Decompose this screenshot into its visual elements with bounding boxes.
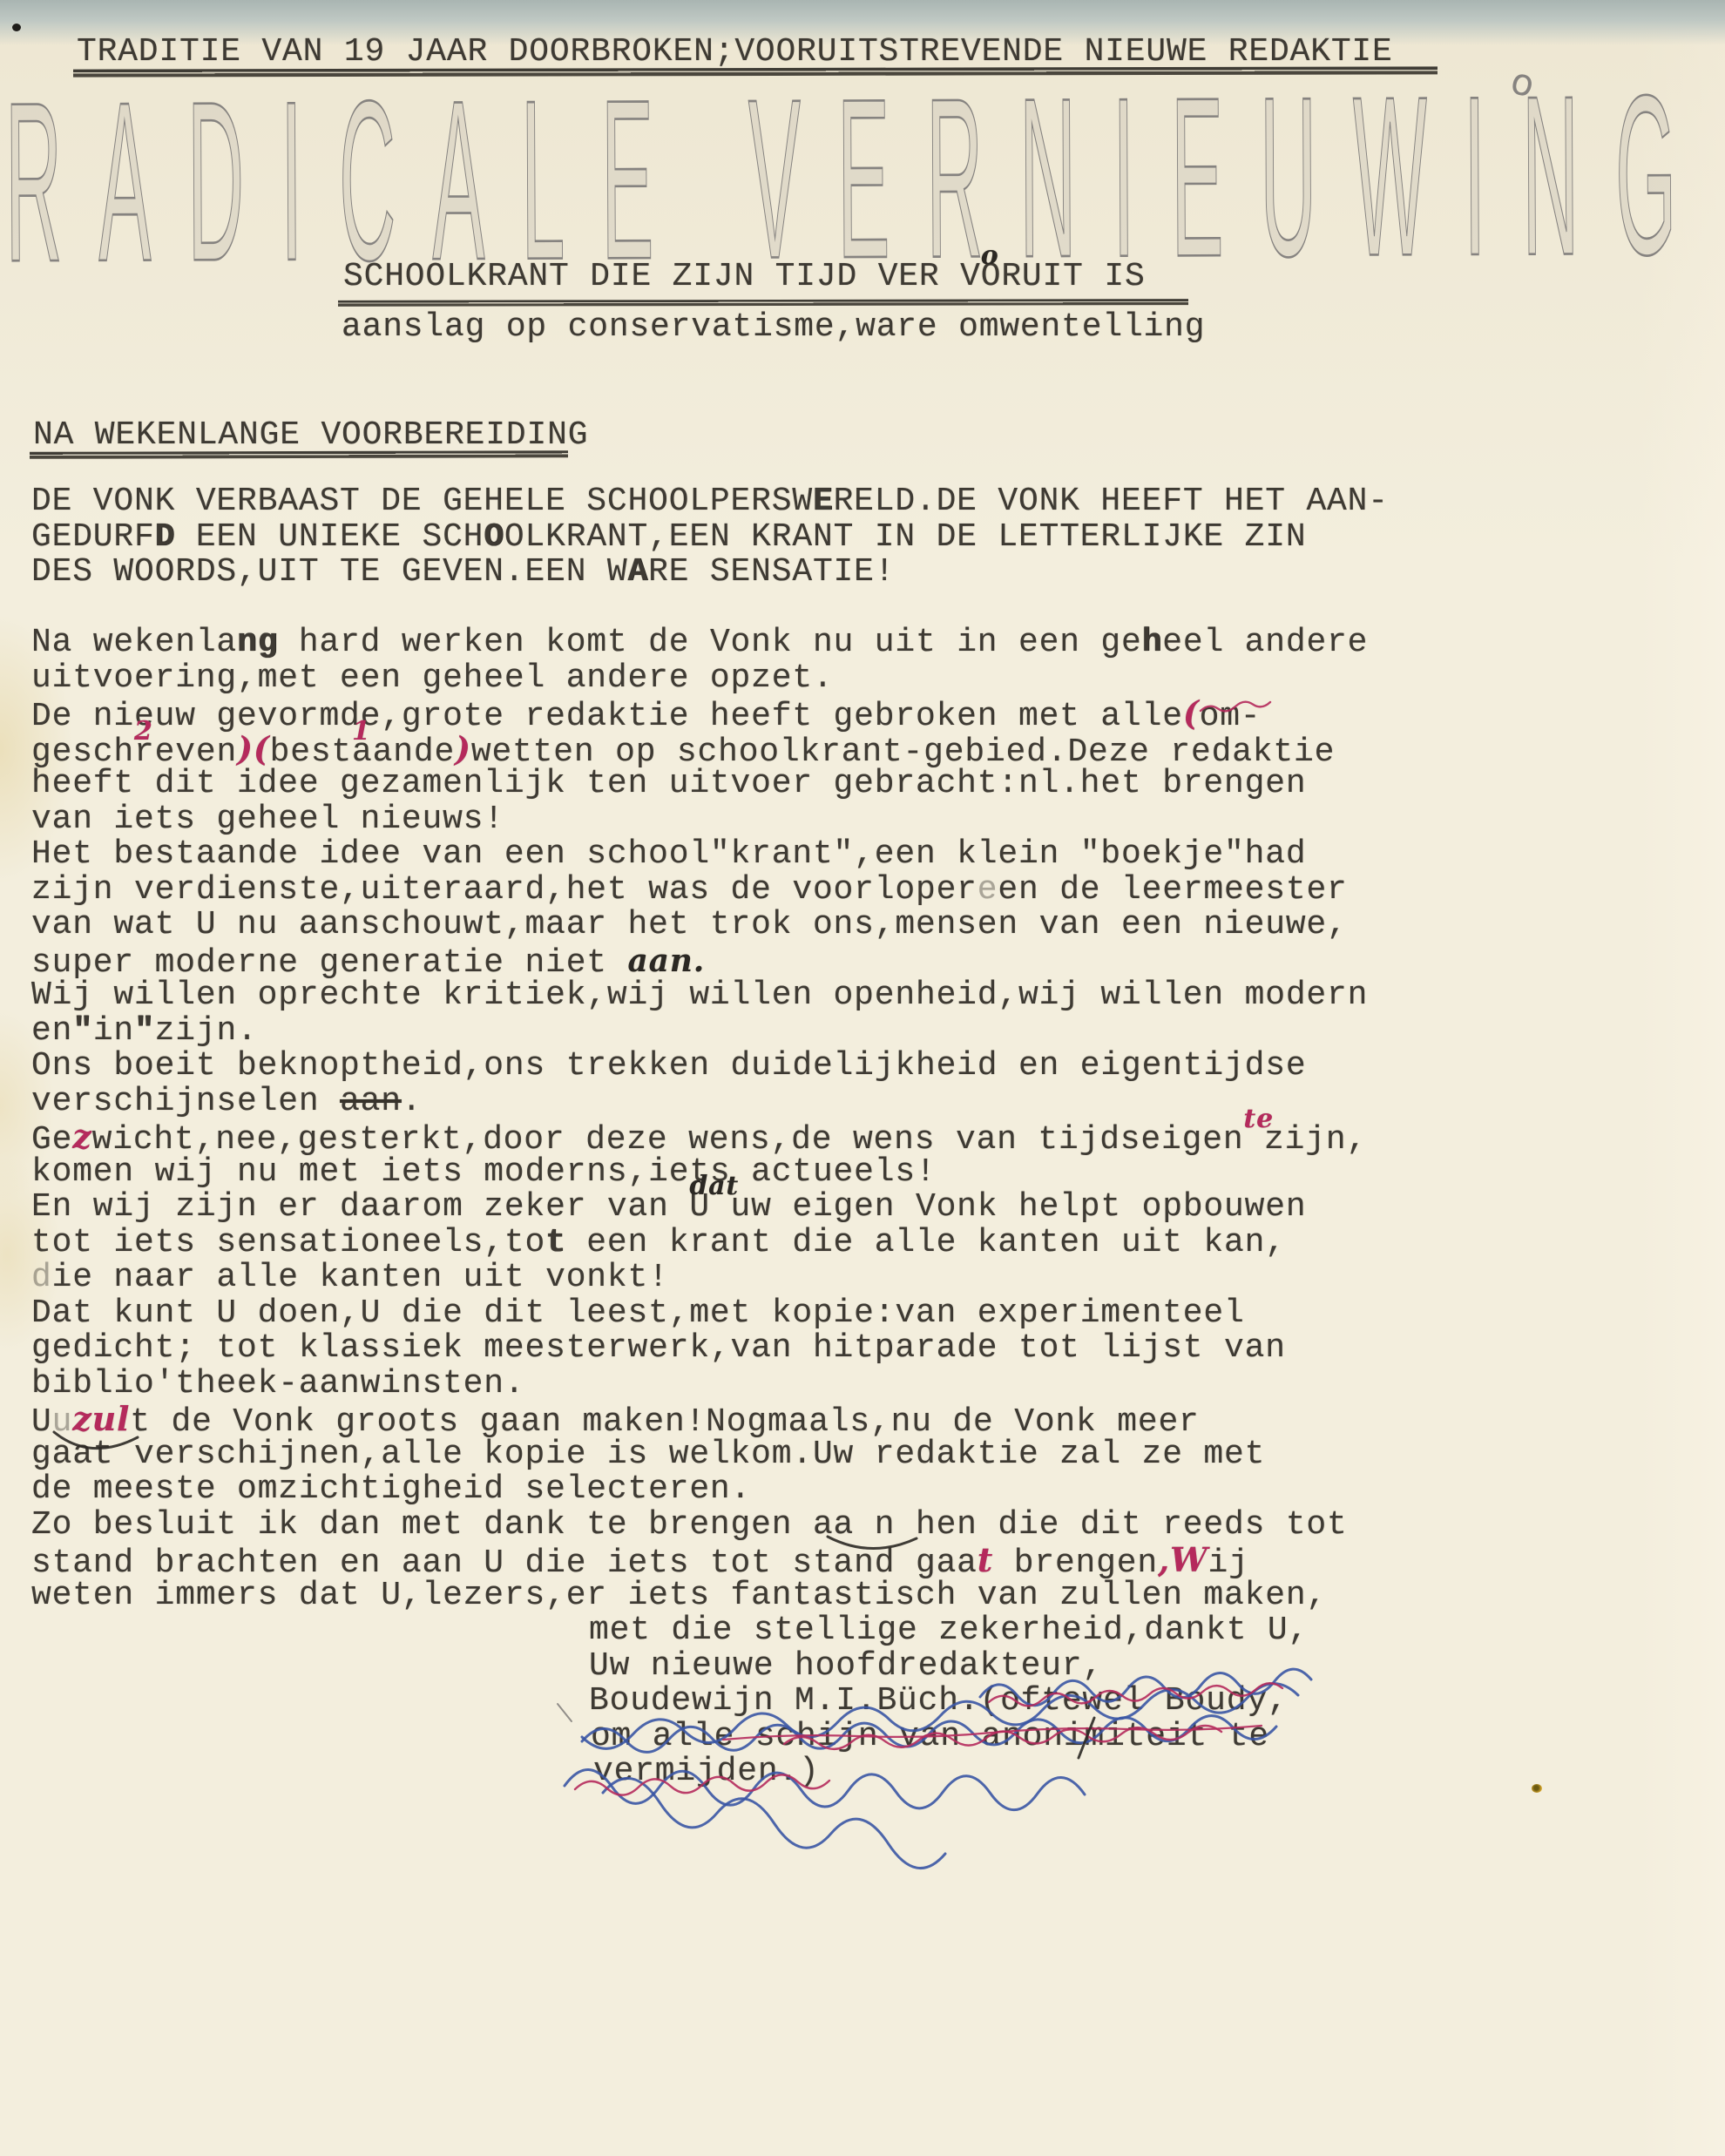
typed-text: O	[484, 518, 504, 556]
text-line: uitvoering,met een geheel andere opzet.	[31, 661, 1368, 697]
text-line: met die stellige zekerheid,dankt U,	[31, 1613, 1368, 1649]
typed-text: eel andere	[1162, 624, 1368, 661]
hand-drawn-title: RADICALE VERNIEUWING	[0, 44, 1725, 270]
typed-text: ng	[237, 624, 278, 661]
text-line: GEDURFD EEN UNIEKE SCHOOLKRANT,EEN KRANT…	[31, 520, 1389, 556]
typed-text: zijn.	[155, 1012, 258, 1050]
text-line: verschijnselen aan.	[31, 1085, 1368, 1120]
typed-text: van iets geheel nieuws!	[31, 801, 504, 838]
typed-text: Zo besluit ik dan met dank te brengen aa…	[31, 1506, 1348, 1544]
typed-text: De nieuw gevormde,grote redaktie heeft g…	[31, 698, 1183, 735]
typed-text: E	[813, 483, 834, 520]
red-pen-correction: zul	[72, 1399, 130, 1438]
text-line: biblio'theek-aanwinsten.	[31, 1367, 1368, 1402]
typed-text: EEN UNIEKE SCH	[175, 518, 484, 556]
typed-text: Ons boeit beknoptheid,ons trekken duidel…	[31, 1047, 1306, 1085]
text-line: van wat U nu aanschouwt,maar het trok on…	[31, 908, 1368, 943]
typed-text: Wij willen oprechte kritiek,wij willen o…	[31, 977, 1368, 1014]
text-line: weten immers dat U,lezers,er iets fantas…	[31, 1578, 1368, 1614]
heading-underline	[30, 450, 568, 459]
typed-text: SCHOOLKRANT DIE ZIJN TIJD VER V	[343, 258, 981, 295]
text-line: super moderne generatie niet aan.	[31, 943, 1368, 979]
text-line: gaat verschijnen,alle kopie is welkom.Uw…	[31, 1437, 1368, 1473]
text-line: die naar alle kanten uit vonkt!	[31, 1260, 1368, 1296]
typed-text: in	[93, 1012, 134, 1050]
typed-text: En wij zijn er daarom zeker van	[31, 1188, 689, 1226]
typed-text: een krant die alle kanten uit kan,	[566, 1224, 1286, 1261]
typed-text: om-	[1200, 698, 1262, 735]
typed-text: om alle schijn van anonimiteit te	[591, 1718, 1269, 1755]
typed-text: Boudewijn M.I.Büch.(oftewel Boudy,	[589, 1682, 1289, 1720]
text-line: Gezwicht,nee,gesterkt,door deze wens,de …	[31, 1119, 1368, 1155]
red-pen-correction: ,W	[1158, 1540, 1208, 1579]
text-line: Wij willen oprechte kritiek,wij willen o…	[31, 978, 1368, 1014]
typed-text: weten immers dat U,lezers,er iets fantas…	[31, 1577, 1327, 1614]
text-line: gedicht; tot klassiek meesterwerk,van hi…	[31, 1331, 1368, 1367]
typed-text: met die stellige zekerheid,dankt U,	[589, 1612, 1309, 1649]
typed-text: A	[628, 553, 649, 591]
typed-text: vermijden.)	[593, 1753, 820, 1790]
typed-text: gaat verschijnen,alle kopie is welkom.Uw…	[31, 1436, 1265, 1473]
typed-text: ie naar alle kanten uit vonkt!	[52, 1259, 669, 1296]
typed-text: "	[134, 1012, 155, 1050]
typed-text: d	[31, 1259, 52, 1296]
typed-text: en	[31, 1012, 72, 1050]
text-line: Dat kunt U doen,U die dit leest,met kopi…	[31, 1296, 1368, 1332]
typed-text: Na wekenla	[31, 624, 237, 661]
text-line: zijn verdienste,uiteraard,het was de voo…	[31, 873, 1368, 909]
red-pen-correction: )	[455, 729, 471, 768]
paper-stain	[1532, 1784, 1542, 1793]
typed-text: zijn verdienste,uiteraard,het was de voo…	[31, 871, 977, 909]
typed-text: GEDURF	[31, 518, 155, 556]
text-line: om alle schijn van anonimiteit te	[31, 1720, 1368, 1755]
ink-dot	[12, 24, 21, 31]
text-line: Uuzult de Vonk groots gaan maken!Nogmaal…	[31, 1402, 1368, 1437]
text-line: Ons boeit beknoptheid,ons trekken duidel…	[31, 1049, 1368, 1085]
typed-text: gedicht; tot klassiek meesterwerk,van hi…	[31, 1329, 1286, 1367]
text-line: heeft dit idee gezamenlijk ten uitvoer g…	[31, 767, 1368, 802]
text-line: en"in"zijn.	[31, 1014, 1368, 1050]
text-line: de meeste omzichtigheid selecteren.	[31, 1472, 1368, 1508]
typed-text: van wat U nu aanschouwt,maar het trok on…	[31, 906, 1348, 943]
typed-text: RELD.DE VONK HEEFT HET AAN-	[834, 483, 1389, 520]
typed-text: uitvoering,met een geheel andere opzet.	[31, 659, 834, 697]
text-line: DES WOORDS,UIT TE GEVEN.EEN WARE SENSATI…	[31, 555, 1389, 591]
caps-paragraph: DE VONK VERBAAST DE GEHELE SCHOOLPERSWER…	[31, 484, 1389, 591]
title-text: RADICALE VERNIEUWING	[4, 48, 1713, 269]
red-pen-correction: z	[72, 1117, 91, 1156]
typed-text: Dat kunt U doen,U die dit leest,met kopi…	[31, 1294, 1245, 1332]
text-line: Het bestaande idee van een school"krant"…	[31, 837, 1368, 873]
typed-text: RE SENSATIE!	[648, 553, 895, 591]
text-line: Uw nieuwe hoofdredakteur,	[31, 1649, 1368, 1685]
red-pen-correction: (	[1183, 693, 1200, 733]
subtitle-underline	[338, 299, 1188, 307]
text-line: Zo besluit ik dan met dank te brengen aa…	[31, 1508, 1368, 1544]
typed-text: tot iets sensationeels,to	[31, 1224, 545, 1261]
typed-text: U uw eigen Vonk helpt opbouwen	[689, 1188, 1306, 1226]
text-line: En wij zijn er daarom zeker van datU uw …	[31, 1190, 1368, 1226]
typed-text: D	[155, 518, 176, 556]
typed-text: Het bestaande idee van een school"krant"…	[31, 835, 1306, 873]
typed-text: heeft dit idee gezamenlijk ten uitvoer g…	[31, 765, 1306, 802]
typed-text: DES WOORDS,UIT TE GEVEN.EEN W	[31, 553, 628, 591]
typed-text: "	[72, 1012, 93, 1050]
typed-text: .	[402, 1083, 423, 1120]
typed-text: e	[977, 871, 998, 909]
text-line: vermijden.)	[31, 1754, 1368, 1790]
typed-text: DE VONK VERBAAST DE GEHELE SCHOOLPERSW	[31, 483, 813, 520]
typed-text: h	[1142, 624, 1163, 661]
text-line: Na wekenlang hard werken komt de Vonk nu…	[31, 625, 1368, 661]
typed-text: OLKRANT,EEN KRANT IN DE LETTERLIJKE ZIN	[504, 518, 1307, 556]
typed-text: Uw nieuwe hoofdredakteur,	[589, 1647, 1103, 1685]
typed-text: hard werken komt de Vonk nu uit in een g…	[278, 624, 1141, 661]
text-line: stand brachten en aan U die iets tot sta…	[31, 1543, 1368, 1578]
red-pen-correction: t	[977, 1540, 993, 1579]
typed-text: komen wij nu met iets moderns,iets actue…	[31, 1153, 937, 1191]
text-line: Boudewijn M.I.Büch.(oftewel Boudy,	[31, 1684, 1368, 1720]
typed-text: biblio'theek-aanwinsten.	[31, 1365, 525, 1402]
text-line: tot iets sensationeels,tot een krant die…	[31, 1226, 1368, 1261]
section-heading: NA WEKENLANGE VOORBEREIDING	[33, 416, 588, 454]
text-line: DE VONK VERBAAST DE GEHELE SCHOOLPERSWER…	[31, 484, 1389, 520]
body-text: Na wekenlang hard werken komt de Vonk nu…	[31, 625, 1368, 1790]
struck-word: aan	[340, 1083, 402, 1120]
text-line: De nieuw gevormde,grote redaktie heeft g…	[31, 696, 1368, 732]
typed-text: de meeste omzichtigheid selecteren.	[31, 1470, 751, 1508]
text-line: gesch2reven)(best1aande)wetten op school…	[31, 732, 1368, 767]
scanned-typewriter-page: TRADITIE VAN 19 JAAR DOORBROKEN;VOORUITS…	[0, 0, 1725, 2156]
subtitle-line2: aanslag op conservatisme,ware omwentelli…	[342, 308, 1205, 346]
handwritten-insertion: aan.	[628, 943, 706, 979]
subtitle-line1: SCHOOLKRANT DIE ZIJN TIJD VER VoORUIT IS	[343, 258, 1146, 295]
typed-text: ORUIT IS	[981, 258, 1146, 295]
text-line: van iets geheel nieuws!	[31, 802, 1368, 838]
typed-text: verschijnselen	[31, 1083, 340, 1120]
typed-text: t	[545, 1224, 566, 1261]
typed-text: en de leermeester	[998, 871, 1347, 909]
red-pen-correction: )(	[237, 729, 270, 768]
